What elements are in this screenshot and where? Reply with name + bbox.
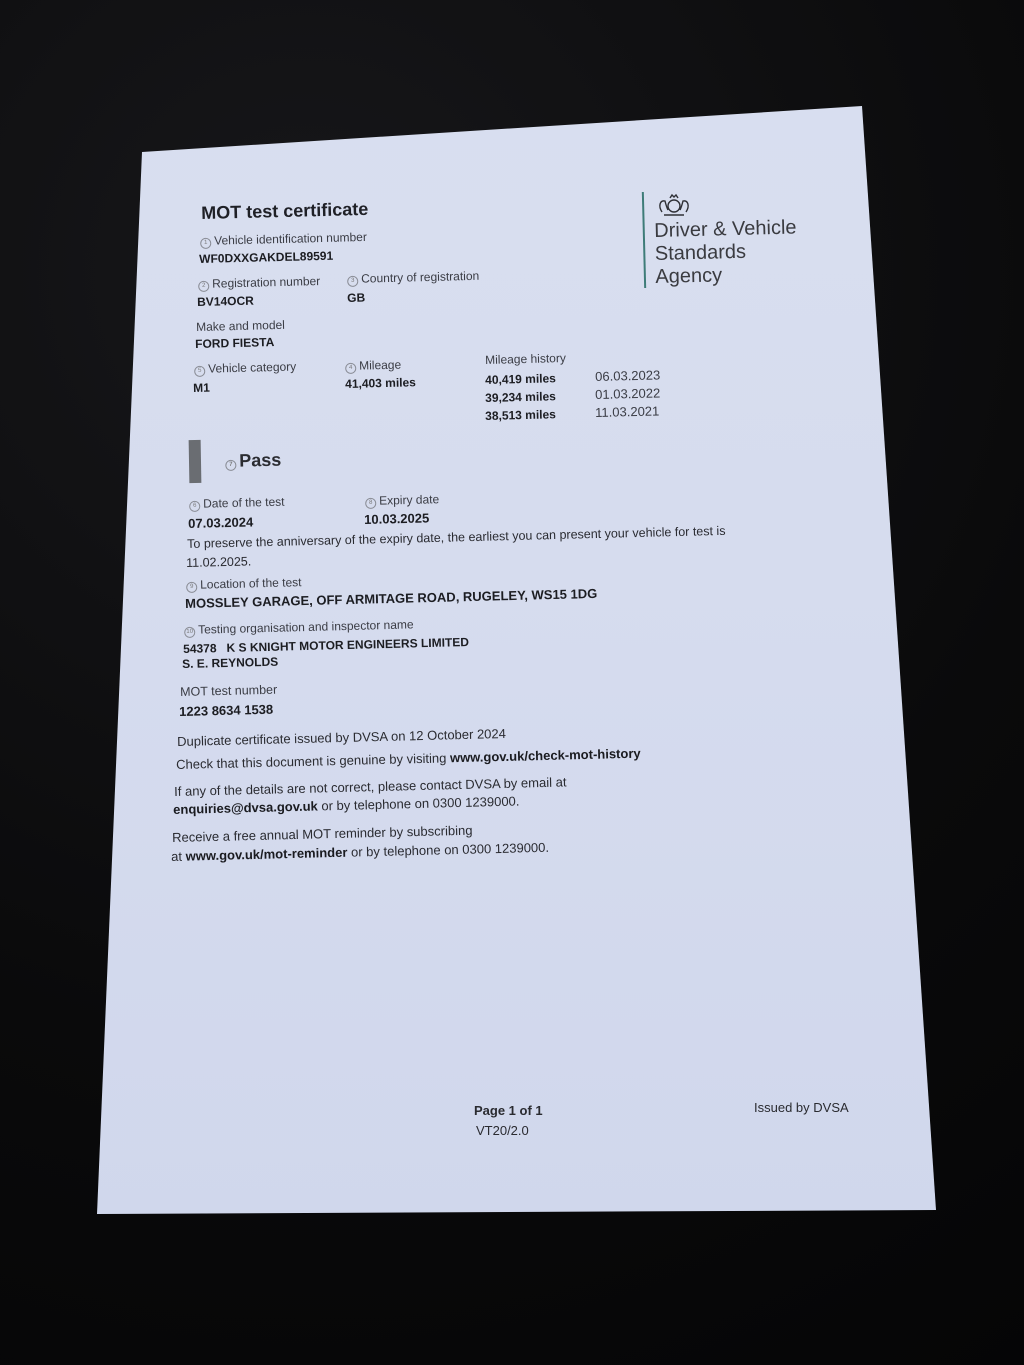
location-label-text: Location of the test (200, 575, 302, 591)
make-model-label: Make and model (196, 318, 285, 334)
reminder-suffix: or by telephone on 0300 1239000. (347, 840, 549, 860)
field-number-icon: 4 (345, 363, 356, 374)
mileage-history-date-2: 01.03.2022 (595, 385, 660, 402)
category-value: M1 (193, 381, 210, 395)
mileage-label: 4Mileage (345, 358, 401, 374)
organisation-label-text: Testing organisation and inspector name (198, 617, 414, 636)
inspector-name: S. E. REYNOLDS (182, 655, 278, 671)
anniversary-note-line-2: 11.02.2025. (186, 554, 251, 570)
location-label: 9Location of the test (186, 575, 302, 593)
site-number: 54378 (183, 641, 217, 656)
vin-label-text: Vehicle identification number (214, 230, 367, 248)
field-number-icon: 5 (194, 366, 205, 377)
genuine-note: Check that this document is genuine by v… (176, 746, 641, 772)
country-value: GB (347, 291, 365, 305)
mileage-history-label: Mileage history (485, 351, 566, 367)
test-date-label-text: Date of the test (203, 495, 285, 511)
result-indicator-bar (189, 440, 202, 483)
mileage-history-date-3: 11.03.2021 (595, 403, 659, 420)
certificate-content: MOT test certificate Driver & Vehicle St… (0, 0, 1024, 1365)
field-number-icon: 3 (347, 276, 358, 287)
test-date-label: 6Date of the test (189, 495, 285, 512)
field-number-icon: 6 (189, 501, 200, 512)
reminder-prefix: at (171, 849, 186, 864)
page-number: Page 1 of 1 (474, 1103, 543, 1118)
field-number-icon: 1 (200, 238, 211, 249)
country-label-text: Country of registration (361, 269, 479, 286)
check-mot-history-link[interactable]: www.gov.uk/check-mot-history (450, 746, 641, 766)
registration-value: BV14OCR (197, 294, 254, 309)
test-date-value: 07.03.2024 (188, 514, 253, 531)
vin-label: 1Vehicle identification number (200, 230, 367, 249)
field-number-icon: 9 (186, 582, 197, 593)
organisation-label: 10Testing organisation and inspector nam… (184, 617, 414, 638)
registration-label-text: Registration number (212, 274, 320, 291)
agency-line-1: Driver & Vehicle (654, 217, 797, 243)
reminder-note-line-1: Receive a free annual MOT reminder by su… (172, 823, 473, 845)
agency-line-3: Agency (655, 263, 798, 289)
category-label-text: Vehicle category (208, 360, 296, 376)
expiry-date-value: 10.03.2025 (364, 510, 429, 527)
anniversary-note-line-1: To preserve the anniversary of the expir… (187, 524, 726, 551)
organisation-name: K S KNIGHT MOTOR ENGINEERS LIMITED (226, 635, 469, 655)
expiry-date-label-text: Expiry date (379, 492, 439, 507)
test-number-label: MOT test number (180, 683, 277, 699)
organisation-value: 54378 K S KNIGHT MOTOR ENGINEERS LIMITED (183, 635, 469, 656)
field-number-icon: 10 (184, 627, 195, 638)
duplicate-note: Duplicate certificate issued by DVSA on … (177, 726, 506, 749)
genuine-prefix: Check that this document is genuine by v… (176, 750, 450, 772)
certificate-title: MOT test certificate (201, 199, 369, 224)
mileage-history-miles-3: 38,513 miles (485, 407, 556, 423)
field-number-icon: 7 (225, 460, 236, 471)
form-code: VT20/2.0 (476, 1123, 529, 1138)
mileage-history-miles-2: 39,234 miles (485, 389, 556, 405)
mot-reminder-link[interactable]: www.gov.uk/mot-reminder (185, 845, 347, 864)
test-result: 7Pass (225, 450, 282, 472)
mileage-history-miles-1: 40,419 miles (485, 371, 556, 387)
field-number-icon: 8 (365, 498, 376, 509)
issuer: Issued by DVSA (754, 1100, 849, 1115)
vin-value: WF0DXXGAKDEL89591 (199, 249, 333, 266)
registration-label: 2Registration number (198, 274, 320, 292)
contact-suffix: or by telephone on 0300 1239000. (318, 794, 520, 814)
make-model-value: FORD FIESTA (195, 335, 274, 351)
field-number-icon: 2 (198, 281, 209, 292)
expiry-date-label: 8Expiry date (365, 492, 439, 509)
royal-crest-icon (654, 192, 694, 218)
contact-email-link[interactable]: enquiries@dvsa.gov.uk (173, 798, 318, 817)
agency-logo-bar (642, 192, 646, 288)
mileage-value: 41,403 miles (345, 375, 416, 391)
agency-name: Driver & Vehicle Standards Agency (654, 217, 798, 289)
country-label: 3Country of registration (347, 269, 479, 287)
mileage-label-text: Mileage (359, 358, 401, 373)
test-number-value: 1223 8634 1538 (179, 702, 273, 719)
mileage-history-date-1: 06.03.2023 (595, 367, 660, 384)
result-text: Pass (239, 450, 282, 471)
category-label: 5Vehicle category (194, 360, 296, 377)
